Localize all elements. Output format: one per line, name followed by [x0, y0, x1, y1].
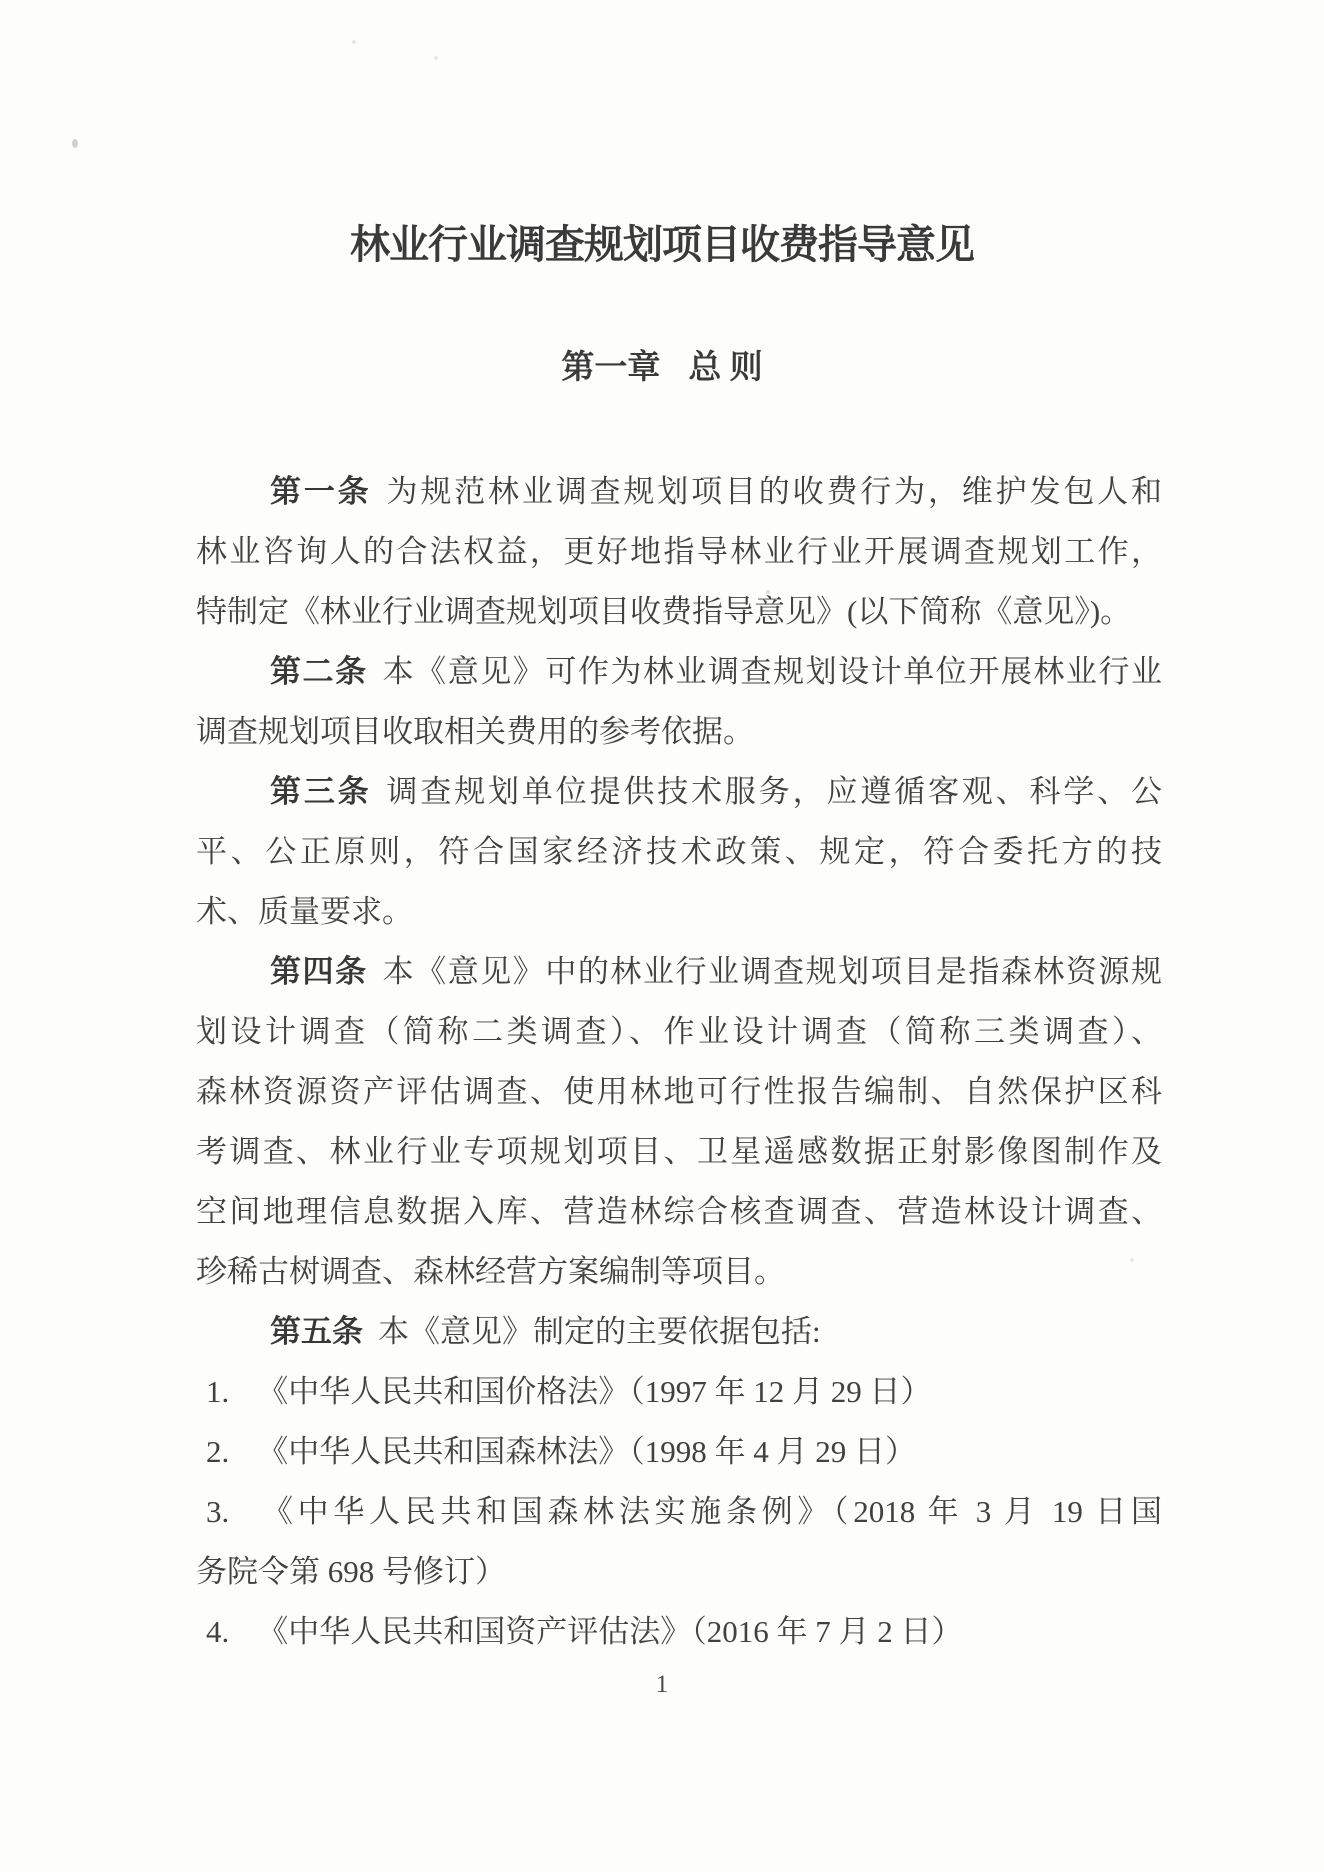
article-line: 考调查、林业行业专项规划项目、卫星遥感数据正射影像图制作及	[196, 1122, 1162, 1182]
article-line: 特制定《林业行业调查规划项目收费指导意见》(以下简称《意见》)。	[196, 582, 1162, 642]
article-label: 第三条	[270, 774, 372, 809]
article-label: 第五条	[270, 1314, 363, 1349]
document-title: 林业行业调查规划项目收费指导意见	[0, 0, 1324, 270]
article-line: 术、质量要求。	[196, 882, 1162, 942]
document-page: 林业行业调查规划项目收费指导意见 第一章总 则 第一条为规范林业调查规划项目的收…	[0, 0, 1324, 1872]
list-item-continuation-line: 务院令第 698 号修订）	[196, 1542, 1162, 1602]
list-item-line: 2.《中华人民共和国森林法》（1998 年 4 月 29 日）	[196, 1422, 1162, 1482]
article-line: 划设计调查（简称二类调查）、作业设计调查（简称三类调查）、	[196, 1002, 1162, 1062]
article-label: 第四条	[270, 954, 368, 989]
list-item-line: 4.《中华人民共和国资产评估法》（2016 年 7 月 2 日）	[196, 1602, 1162, 1662]
article-line: 珍稀古树调查、森林经营方案编制等项目。	[196, 1242, 1162, 1302]
article-first-line: 第五条本《意见》制定的主要依据包括:	[196, 1302, 1162, 1362]
article-label: 第二条	[270, 654, 368, 689]
article-line: 调查规划项目收取相关费用的参考依据。	[196, 702, 1162, 762]
article-line: 平、公正原则，符合国家经济技术政策、规定，符合委托方的技	[196, 822, 1162, 882]
list-item-number: 4.	[206, 1614, 229, 1649]
list-item-line: 3.《中华人民共和国森林法实施条例》（2018 年 3 月 19 日国	[196, 1482, 1162, 1542]
article-line: 林业咨询人的合法权益，更好地指导林业行业开展调查规划工作，	[196, 522, 1162, 582]
article-first-line: 第三条调查规划单位提供技术服务，应遵循客观、科学、公	[196, 762, 1162, 822]
scan-speck	[1130, 1258, 1134, 1262]
page-number: 1	[0, 1670, 1324, 1700]
scan-speck	[434, 56, 438, 60]
scan-speck	[766, 590, 770, 594]
article-first-line: 第四条本《意见》中的林业行业调查规划项目是指森林资源规	[196, 942, 1162, 1002]
scan-speck	[72, 139, 78, 148]
article-label: 第一条	[270, 474, 372, 509]
document-body: 第一条为规范林业调查规划项目的收费行为，维护发包人和林业咨询人的合法权益，更好地…	[196, 462, 1162, 1662]
article-line: 空间地理信息数据入库、营造林综合核查调查、营造林设计调查、	[196, 1182, 1162, 1242]
chapter-number: 第一章	[561, 350, 660, 386]
list-item-number: 3.	[206, 1494, 229, 1529]
chapter-title: 总 则	[688, 350, 762, 386]
list-item-number: 1.	[206, 1374, 229, 1409]
chapter-heading: 第一章总 则	[0, 346, 1324, 390]
list-item-number: 2.	[206, 1434, 229, 1469]
article-line: 森林资源资产评估调查、使用林地可行性报告编制、自然保护区科	[196, 1062, 1162, 1122]
article-first-line: 第一条为规范林业调查规划项目的收费行为，维护发包人和	[196, 462, 1162, 522]
list-item-line: 1.《中华人民共和国价格法》（1997 年 12 月 29 日）	[196, 1362, 1162, 1422]
scan-speck	[352, 40, 356, 44]
article-first-line: 第二条本《意见》可作为林业调查规划设计单位开展林业行业	[196, 642, 1162, 702]
